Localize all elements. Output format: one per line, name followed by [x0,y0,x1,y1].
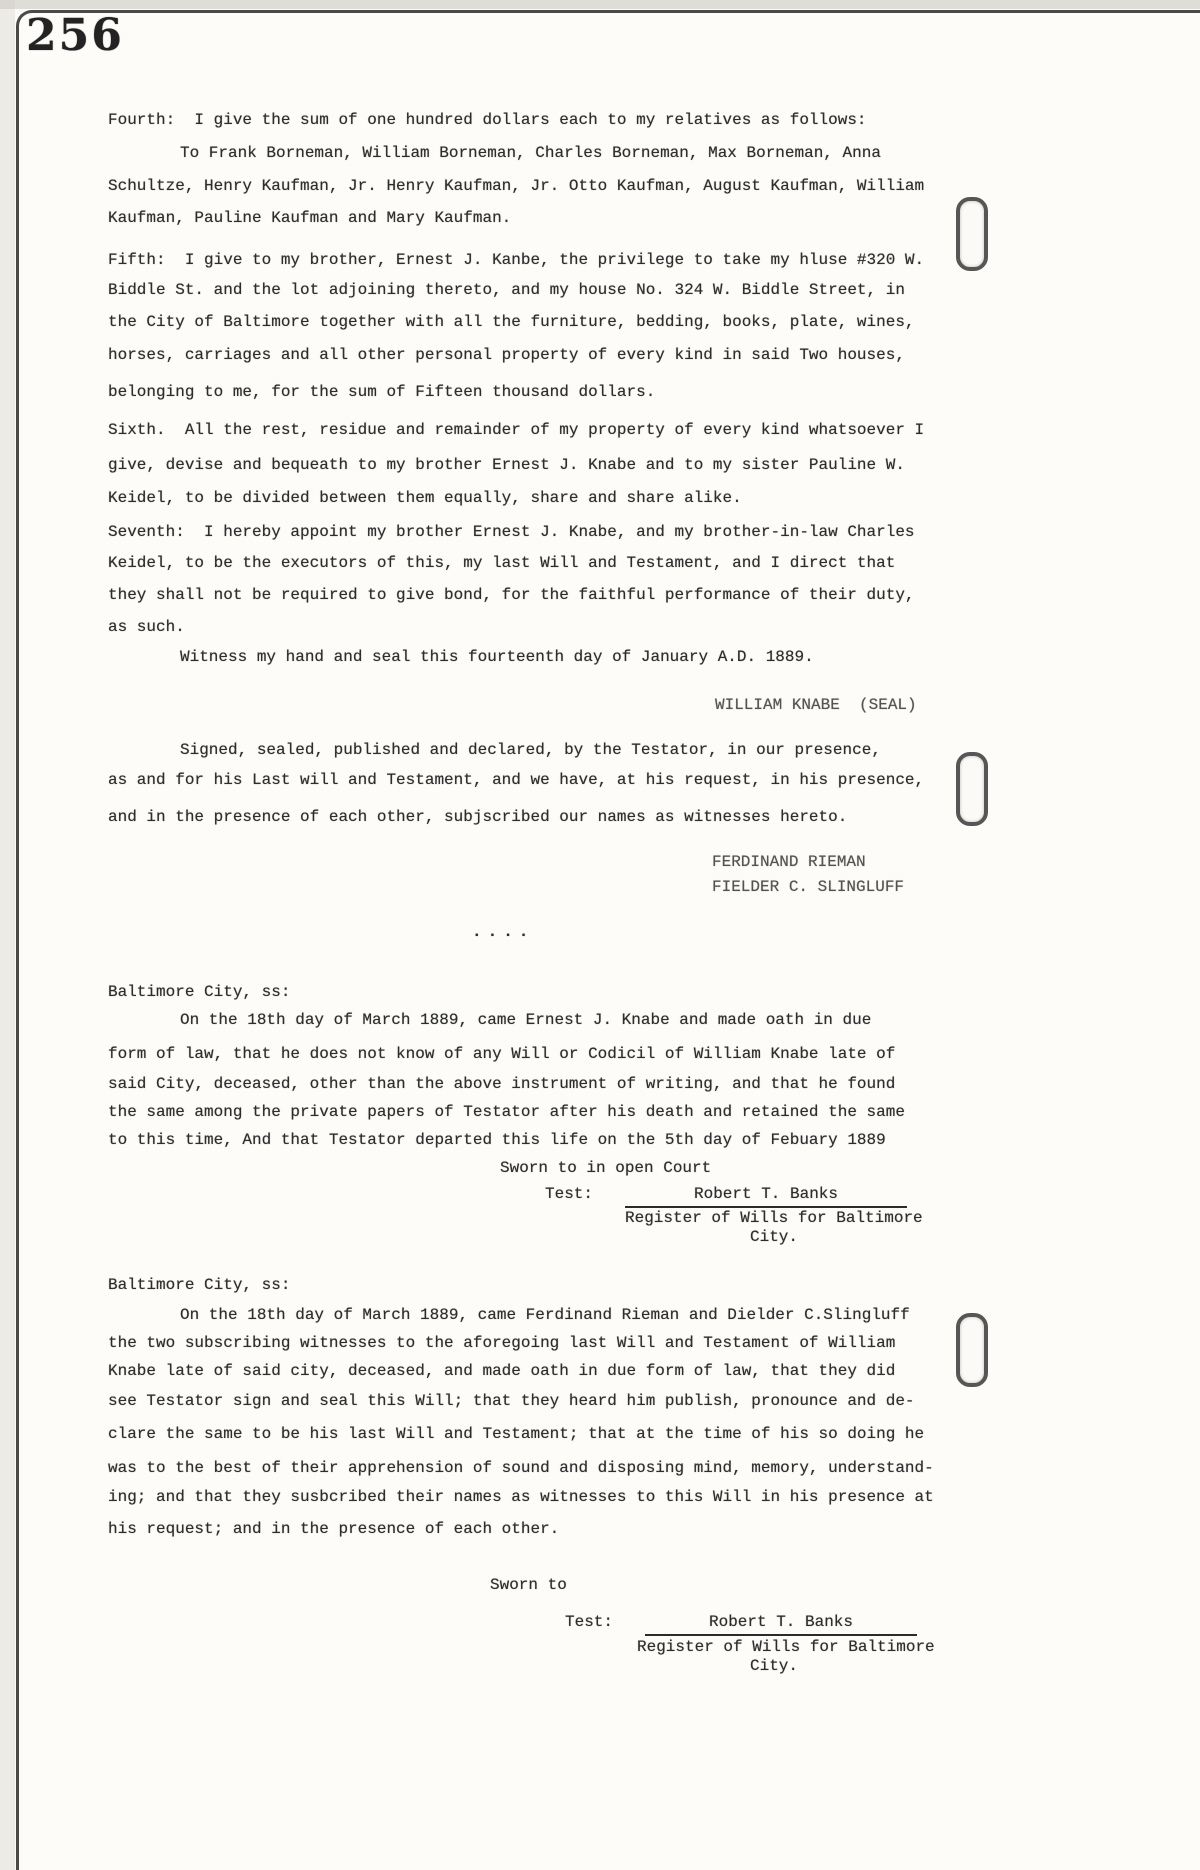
will-fourth-line: To Frank Borneman, William Borneman, Cha… [180,143,881,163]
sworn-line: Sworn to [490,1575,567,1595]
will-seventh-line: they shall not be required to give bond,… [108,585,915,605]
probate-line: see Testator sign and seal this Will; th… [108,1391,915,1411]
witness-name: FERDINAND RIEMAN [712,852,866,872]
probate-line: On the 18th day of March 1889, came Ferd… [180,1305,910,1325]
will-sixth-line: give, devise and bequeath to my brother … [108,455,905,475]
will-sixth-line: Keidel, to be divided between them equal… [108,488,742,508]
probate-line: Knabe late of said city, deceased, and m… [108,1361,895,1381]
test-label: Test: [545,1184,593,1204]
attestation-line: Signed, sealed, published and declared, … [180,740,881,760]
register-title-line: City. [750,1656,798,1676]
will-seventh-line: as such. [108,617,185,637]
probate-line: form of law, that he does not know of an… [108,1044,895,1064]
will-fifth-line: belonging to me, for the sum of Fifteen … [108,382,655,402]
will-fifth-line: the City of Baltimore together with all … [108,312,915,332]
probate-line: said City, deceased, other than the abov… [108,1074,895,1094]
probate-line: the same among the private papers of Tes… [108,1102,905,1122]
register-title-line: Register of Wills for Baltimore [625,1208,923,1228]
will-fourth-line: Schultze, Henry Kaufman, Jr. Henry Kaufm… [108,176,924,196]
section-divider-dots: .... [472,922,534,942]
attestation-line: and in the presence of each other, subjs… [108,807,847,827]
will-fourth-line: Fourth: I give the sum of one hundred do… [108,110,867,130]
test-label: Test: [565,1612,613,1632]
witness-name: FIELDER C. SLINGLUFF [712,877,904,897]
probate-line: the two subscribing witnesses to the afo… [108,1333,895,1353]
will-seventh-line: Keidel, to be the executors of this, my … [108,553,895,573]
probate-line: his request; and in the presence of each… [108,1519,559,1539]
page-number: 256 [26,10,124,61]
probate-line: On the 18th day of March 1889, came Erne… [180,1010,871,1030]
will-fourth-line: Kaufman, Pauline Kaufman and Mary Kaufma… [108,208,511,228]
scanned-will-page: 256 Fourth: I give the sum of one hundre… [0,0,1200,1870]
binding-clip-mark [956,197,988,271]
scan-left-edge [0,0,15,1870]
probate-line: to this time, And that Testator departed… [108,1130,886,1150]
register-title-line: Register of Wills for Baltimore [637,1637,935,1657]
register-of-wills-signature: Robert T. Banks [625,1184,907,1208]
will-seventh-line: Seventh: I hereby appoint my brother Ern… [108,522,915,542]
will-fifth-line: Fifth: I give to my brother, Ernest J. K… [108,250,924,270]
attestation-line: as and for his Last will and Testament, … [108,770,924,790]
will-fifth-line: Biddle St. and the lot adjoining thereto… [108,280,905,300]
will-sixth-line: Sixth. All the rest, residue and remaind… [108,420,924,440]
register-title-line: City. [750,1227,798,1247]
probate-heading: Baltimore City, ss: [108,1275,290,1295]
register-of-wills-signature: Robert T. Banks [645,1612,917,1636]
probate-line: was to the best of their apprehension of… [108,1458,934,1478]
probate-line: clare the same to be his last Will and T… [108,1424,924,1444]
probate-line: ing; and that they susbcribed their name… [108,1487,934,1507]
witness-clause-line: Witness my hand and seal this fourteenth… [180,647,814,667]
binding-clip-mark [956,752,988,826]
will-fifth-line: horses, carriages and all other personal… [108,345,905,365]
scan-top-edge [0,0,1200,9]
testator-signature: WILLIAM KNABE (SEAL) [715,695,917,715]
probate-heading: Baltimore City, ss: [108,982,290,1002]
binding-clip-mark [956,1313,988,1387]
sworn-line: Sworn to in open Court [500,1158,711,1178]
